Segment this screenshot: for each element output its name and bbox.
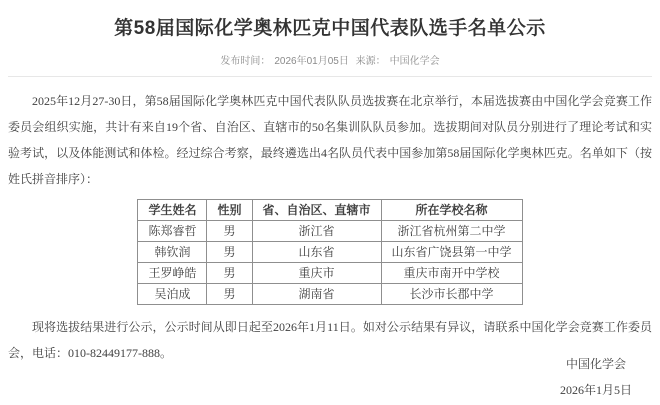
signature-block: 中国化学会 2026年1月5日 bbox=[560, 356, 632, 398]
closing-paragraph: 现将选拔结果进行公示，公示时间从即日起至2026年1月11日。如对公示结果有异议… bbox=[8, 314, 652, 366]
cell-gender: 男 bbox=[207, 242, 252, 263]
cell-region: 湖南省 bbox=[252, 284, 381, 305]
cell-region: 重庆市 bbox=[252, 263, 381, 284]
page-title: 第58届国际化学奥林匹克中国代表队选手名单公示 bbox=[8, 0, 652, 40]
table-row: 吴泊成 男 湖南省 长沙市长郡中学 bbox=[138, 284, 522, 305]
header-divider bbox=[8, 76, 652, 77]
cell-student-name: 王罗峥皓 bbox=[138, 263, 207, 284]
source-label: 来源： bbox=[356, 56, 386, 67]
table-row: 王罗峥皓 男 重庆市 重庆市南开中学校 bbox=[138, 263, 522, 284]
announcement-page: 第58届国际化学奥林匹克中国代表队选手名单公示 发布时间：2026年01月05日… bbox=[0, 0, 660, 405]
article-meta: 发布时间：2026年01月05日 来源：中国化学会 bbox=[8, 52, 652, 67]
cell-student-name: 吴泊成 bbox=[138, 284, 207, 305]
cell-school: 重庆市南开中学校 bbox=[381, 263, 522, 284]
header-region: 省、自治区、直辖市 bbox=[252, 200, 381, 221]
cell-student-name: 陈郑睿哲 bbox=[138, 221, 207, 242]
cell-gender: 男 bbox=[207, 284, 252, 305]
intro-paragraph: 2025年12月27-30日，第58届国际化学奥林匹克中国代表队队员选拔赛在北京… bbox=[8, 88, 652, 192]
cell-student-name: 韩钦润 bbox=[138, 242, 207, 263]
cell-gender: 男 bbox=[207, 263, 252, 284]
publish-time-label: 发布时间： bbox=[220, 56, 270, 67]
header-school: 所在学校名称 bbox=[381, 200, 522, 221]
table-row: 陈郑睿哲 男 浙江省 浙江省杭州第二中学 bbox=[138, 221, 522, 242]
cell-gender: 男 bbox=[207, 221, 252, 242]
signature-org: 中国化学会 bbox=[560, 356, 632, 372]
signature-date: 2026年1月5日 bbox=[560, 382, 632, 398]
table-row: 韩钦润 男 山东省 山东省广饶县第一中学 bbox=[138, 242, 522, 263]
publish-time-value: 2026年01月05日 bbox=[274, 56, 349, 67]
cell-school: 浙江省杭州第二中学 bbox=[381, 221, 522, 242]
table-header-row: 学生姓名 性别 省、自治区、直辖市 所在学校名称 bbox=[138, 200, 522, 221]
cell-region: 山东省 bbox=[252, 242, 381, 263]
source-value: 中国化学会 bbox=[390, 56, 440, 67]
cell-school: 山东省广饶县第一中学 bbox=[381, 242, 522, 263]
cell-region: 浙江省 bbox=[252, 221, 381, 242]
header-gender: 性别 bbox=[207, 200, 252, 221]
cell-school: 长沙市长郡中学 bbox=[381, 284, 522, 305]
team-roster-table: 学生姓名 性别 省、自治区、直辖市 所在学校名称 陈郑睿哲 男 浙江省 浙江省杭… bbox=[137, 199, 522, 305]
header-student-name: 学生姓名 bbox=[138, 200, 207, 221]
